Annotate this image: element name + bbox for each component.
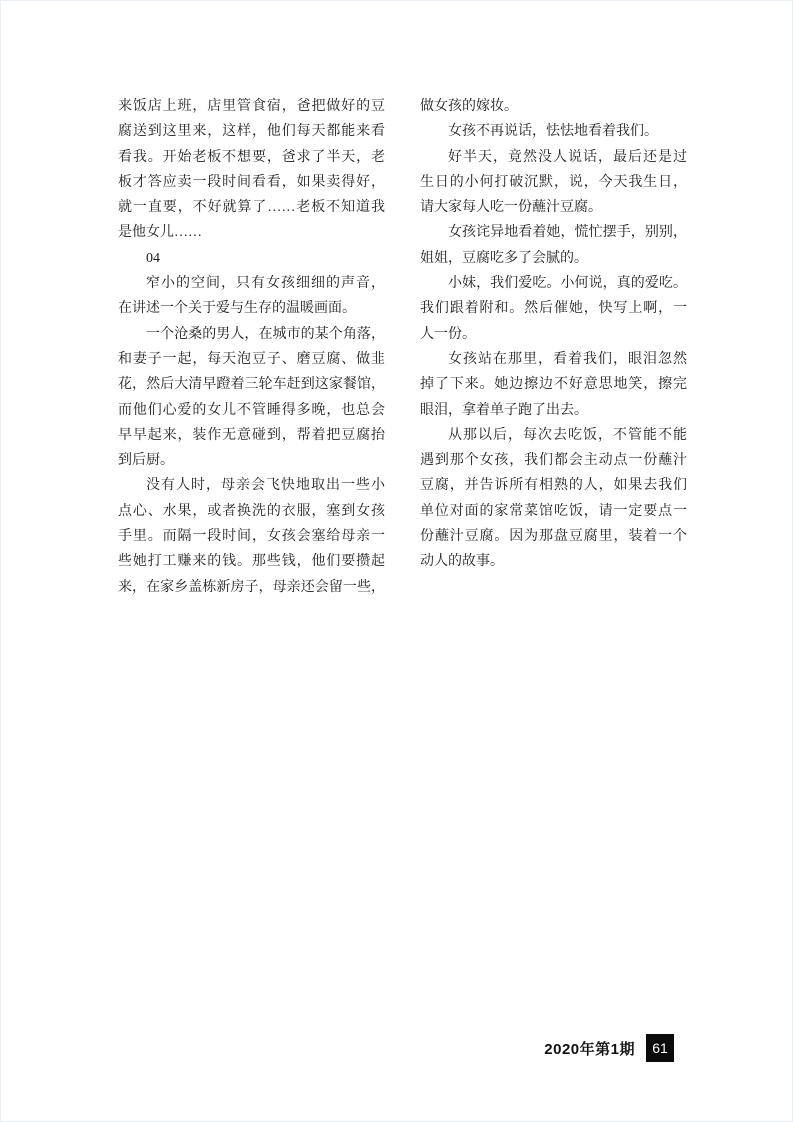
- text-line: 没有人时，母亲会飞快地取出一些小: [118, 473, 385, 498]
- text-line: 腐送到这里来，这样，他们每天都能来看: [118, 119, 385, 144]
- text-column-left: 来饭店上班，店里管食宿，爸把做好的豆腐送到这里来，这样，他们每天都能来看看我。开…: [118, 94, 385, 600]
- text-line: 窄小的空间，只有女孩细细的声音，: [118, 271, 385, 296]
- text-line: 而他们心爱的女儿不管睡得多晚，也总会: [118, 398, 385, 423]
- text-line: 生日的小何打破沉默，说，今天我生日，: [420, 170, 687, 195]
- magazine-page: 来饭店上班，店里管食宿，爸把做好的豆腐送到这里来，这样，他们每天都能来看看我。开…: [0, 0, 793, 1122]
- text-line: 早早起来，装作无意碰到，帮着把豆腐抬: [118, 423, 385, 448]
- text-line: 些她打工赚来的钱。那些钱，他们要攒起: [118, 549, 385, 574]
- text-line: 点心、水果，或者换洗的衣服，塞到女孩: [118, 499, 385, 524]
- text-line: 板才答应卖一段时间看看，如果卖得好，: [118, 170, 385, 195]
- issue-label: 2020年第1期: [544, 1038, 635, 1059]
- text-line: 和妻子一起，每天泡豆子、磨豆腐、做韭: [118, 347, 385, 372]
- text-line: 手里。而隔一段时间，女孩会塞给母亲一: [118, 524, 385, 549]
- text-line: 看我。开始老板不想要，爸求了半天，老: [118, 145, 385, 170]
- text-line: 是他女儿……: [118, 220, 385, 245]
- text-line: 女孩诧异地看着她，慌忙摆手，别别，: [420, 220, 687, 245]
- text-line: 豆腐，并告诉所有相熟的人，如果去我们: [420, 473, 687, 498]
- text-line: 花，然后大清早蹬着三轮车赶到这家餐馆，: [118, 372, 385, 397]
- text-line: 姐姐，豆腐吃多了会腻的。: [420, 246, 687, 271]
- text-line: 动人的故事。: [420, 549, 687, 574]
- text-line: 来，在家乡盖栋新房子，母亲还会留一些，: [118, 575, 385, 600]
- text-line: 就一直要，不好就算了……老板不知道我: [118, 195, 385, 220]
- text-line: 人一份。: [420, 322, 687, 347]
- text-line: 眼泪，拿着单子跑了出去。: [420, 398, 687, 423]
- page-number-badge: 61: [646, 1034, 674, 1062]
- text-line: 好半天，竟然没人说话，最后还是过: [420, 145, 687, 170]
- text-line: 女孩站在那里，看着我们，眼泪忽然: [420, 347, 687, 372]
- text-line: 来饭店上班，店里管食宿，爸把做好的豆: [118, 94, 385, 119]
- text-line: 单位对面的家常菜馆吃饭，请一定要点一: [420, 499, 687, 524]
- article-body: 来饭店上班，店里管食宿，爸把做好的豆腐送到这里来，这样，他们每天都能来看看我。开…: [118, 94, 687, 600]
- text-line: 份蘸汁豆腐。因为那盘豆腐里，装着一个: [420, 524, 687, 549]
- text-line: 掉了下来。她边擦边不好意思地笑，擦完: [420, 372, 687, 397]
- page-footer: 2020年第1期 61: [544, 1034, 674, 1062]
- text-line: 我们跟着附和。然后催她，快写上啊，一: [420, 296, 687, 321]
- text-line: 遇到那个女孩，我们都会主动点一份蘸汁: [420, 448, 687, 473]
- text-line: 一个沧桑的男人，在城市的某个角落，: [118, 322, 385, 347]
- text-line: 做女孩的嫁妆。: [420, 94, 687, 119]
- text-line: 从那以后，每次去吃饭，不管能不能: [420, 423, 687, 448]
- text-line: 请大家每人吃一份蘸汁豆腐。: [420, 195, 687, 220]
- text-line: 在讲述一个关于爱与生存的温暖画面。: [118, 296, 385, 321]
- text-line: 到后厨。: [118, 448, 385, 473]
- text-column-right: 做女孩的嫁妆。女孩不再说话，怯怯地看着我们。好半天，竟然没人说话，最后还是过生日…: [420, 94, 687, 600]
- text-line: 小妹，我们爱吃。小何说，真的爱吃。: [420, 271, 687, 296]
- text-line: 04: [118, 246, 385, 271]
- text-line: 女孩不再说话，怯怯地看着我们。: [420, 119, 687, 144]
